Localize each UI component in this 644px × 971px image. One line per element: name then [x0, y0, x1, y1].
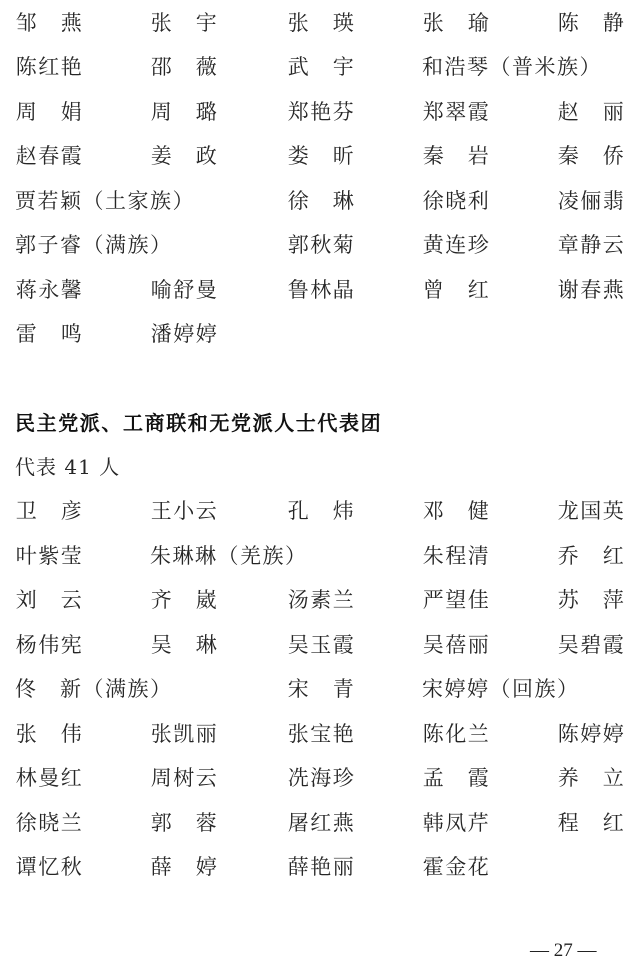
- delegate-name: 陈婷婷: [557, 722, 625, 746]
- delegation-heading: 民主党派、工商联和无党派人士代表团: [15, 410, 382, 436]
- delegate-name: 赵春霞: [15, 144, 83, 168]
- delegate-name: 秦侨: [557, 144, 625, 168]
- delegate-name: 汤素兰: [287, 588, 355, 612]
- name-row: 刘云 齐崴 汤素兰 严望佳 苏萍: [0, 588, 644, 618]
- name-row: 佟新（满族） 宋青 宋婷婷（回族）: [0, 677, 644, 707]
- delegate-name: 秦岩: [422, 144, 490, 168]
- delegate-name: 邵薇: [150, 55, 218, 79]
- delegate-name: 朱琳琳（羌族）: [150, 544, 308, 568]
- name-row: 郭子睿（满族） 郭秋菊 黄连珍 章静云: [0, 233, 644, 263]
- delegate-count: 代表 41 人: [15, 454, 120, 480]
- delegate-name: 姜政: [150, 144, 218, 168]
- delegate-name: 程红: [557, 811, 625, 835]
- delegate-name: 龙国英: [557, 499, 625, 523]
- delegate-name: 陈静: [557, 11, 625, 35]
- delegate-name: 徐琳: [287, 189, 355, 213]
- delegate-name: 吴琳: [150, 633, 218, 657]
- delegate-name: 孟霞: [422, 766, 490, 790]
- name-row: 陈红艳 邵薇 武宇 和浩琴（普米族）: [0, 55, 644, 85]
- delegate-name: 朱程清: [422, 544, 490, 568]
- delegate-name: 郑翠霞: [422, 100, 490, 124]
- delegate-name: 邓健: [422, 499, 490, 523]
- delegate-name: 佟新（满族）: [15, 677, 173, 701]
- delegate-name: 郑艳芬: [287, 100, 355, 124]
- delegate-name: 张伟: [15, 722, 83, 746]
- delegate-name: 曾红: [422, 278, 490, 302]
- delegate-name: 养立: [557, 766, 625, 790]
- delegate-name: 宋青: [287, 677, 355, 701]
- delegate-name: 谢春燕: [557, 278, 625, 302]
- delegate-name: 霍金花: [422, 855, 490, 879]
- name-row: 卫彦 王小云 孔炜 邓健 龙国英: [0, 499, 644, 529]
- name-row: 贾若颖（土家族） 徐琳 徐晓利 凌俪翡: [0, 189, 644, 219]
- delegate-name: 宋婷婷（回族）: [422, 677, 580, 701]
- delegate-name: 周璐: [150, 100, 218, 124]
- delegate-name: 张宇: [150, 11, 218, 35]
- delegate-name: 王小云: [150, 499, 218, 523]
- delegate-name: 屠红燕: [287, 811, 355, 835]
- delegate-name: 喻舒曼: [150, 278, 218, 302]
- delegate-name: 贾若颖（土家族）: [15, 189, 195, 213]
- delegate-name: 鲁林晶: [287, 278, 355, 302]
- delegate-name: 赵丽: [557, 100, 625, 124]
- delegate-name: 徐晓利: [422, 189, 490, 213]
- delegate-name: 武宇: [287, 55, 355, 79]
- delegate-name: 叶紫莹: [15, 544, 83, 568]
- delegate-name: 谭忆秋: [15, 855, 83, 879]
- delegate-name: 潘婷婷: [150, 322, 218, 346]
- delegate-name: 陈红艳: [15, 55, 83, 79]
- delegate-name: 周树云: [150, 766, 218, 790]
- delegate-name: 杨伟宪: [15, 633, 83, 657]
- delegate-name: 林曼红: [15, 766, 83, 790]
- name-row: 林曼红 周树云 冼海珍 孟霞 养立: [0, 766, 644, 796]
- delegate-name: 冼海珍: [287, 766, 355, 790]
- delegate-name: 黄连珍: [422, 233, 490, 257]
- delegate-name: 孔炜: [287, 499, 355, 523]
- delegate-name: 郭子睿（满族）: [15, 233, 173, 257]
- delegate-name: 吴玉霞: [287, 633, 355, 657]
- name-row: 蒋永馨 喻舒曼 鲁林晶 曾红 谢春燕: [0, 278, 644, 308]
- delegate-name: 陈化兰: [422, 722, 490, 746]
- name-row: 周娟 周璐 郑艳芬 郑翠霞 赵丽: [0, 100, 644, 130]
- delegate-name: 邹燕: [15, 11, 83, 35]
- delegate-name: 周娟: [15, 100, 83, 124]
- delegate-name: 张瑜: [422, 11, 490, 35]
- delegate-name: 章静云: [557, 233, 625, 257]
- delegate-name: 乔红: [557, 544, 625, 568]
- name-row: 谭忆秋 薛婷 薛艳丽 霍金花: [0, 855, 644, 885]
- name-row: 赵春霞 姜政 娄昕 秦岩 秦侨: [0, 144, 644, 174]
- delegate-name: 吴蓓丽: [422, 633, 490, 657]
- delegate-name: 薛艳丽: [287, 855, 355, 879]
- delegate-name: 徐晓兰: [15, 811, 83, 835]
- delegate-name: 张宝艳: [287, 722, 355, 746]
- delegate-name: 韩凤芹: [422, 811, 490, 835]
- delegate-name: 严望佳: [422, 588, 490, 612]
- delegate-name: 郭蓉: [150, 811, 218, 835]
- name-row: 徐晓兰 郭蓉 屠红燕 韩凤芹 程红: [0, 811, 644, 841]
- name-row: 雷鸣 潘婷婷: [0, 322, 644, 352]
- delegate-name: 和浩琴（普米族）: [422, 55, 602, 79]
- delegate-name: 刘云: [15, 588, 83, 612]
- name-row: 张伟 张凯丽 张宝艳 陈化兰 陈婷婷: [0, 722, 644, 752]
- delegate-name: 张瑛: [287, 11, 355, 35]
- delegate-name: 凌俪翡: [557, 189, 625, 213]
- name-row: 杨伟宪 吴琳 吴玉霞 吴蓓丽 吴碧霞: [0, 633, 644, 663]
- delegate-name: 郭秋菊: [287, 233, 355, 257]
- delegate-name: 娄昕: [287, 144, 355, 168]
- delegate-name: 苏萍: [557, 588, 625, 612]
- delegate-name: 吴碧霞: [557, 633, 625, 657]
- delegate-name: 张凯丽: [150, 722, 218, 746]
- page-number: — 27 —: [530, 940, 597, 962]
- name-row: 邹燕 张宇 张瑛 张瑜 陈静: [0, 11, 644, 41]
- delegate-name: 蒋永馨: [15, 278, 83, 302]
- delegate-name: 雷鸣: [15, 322, 83, 346]
- delegate-name: 薛婷: [150, 855, 218, 879]
- delegate-name: 卫彦: [15, 499, 83, 523]
- delegate-name: 齐崴: [150, 588, 218, 612]
- name-row: 叶紫莹 朱琳琳（羌族） 朱程清 乔红: [0, 544, 644, 574]
